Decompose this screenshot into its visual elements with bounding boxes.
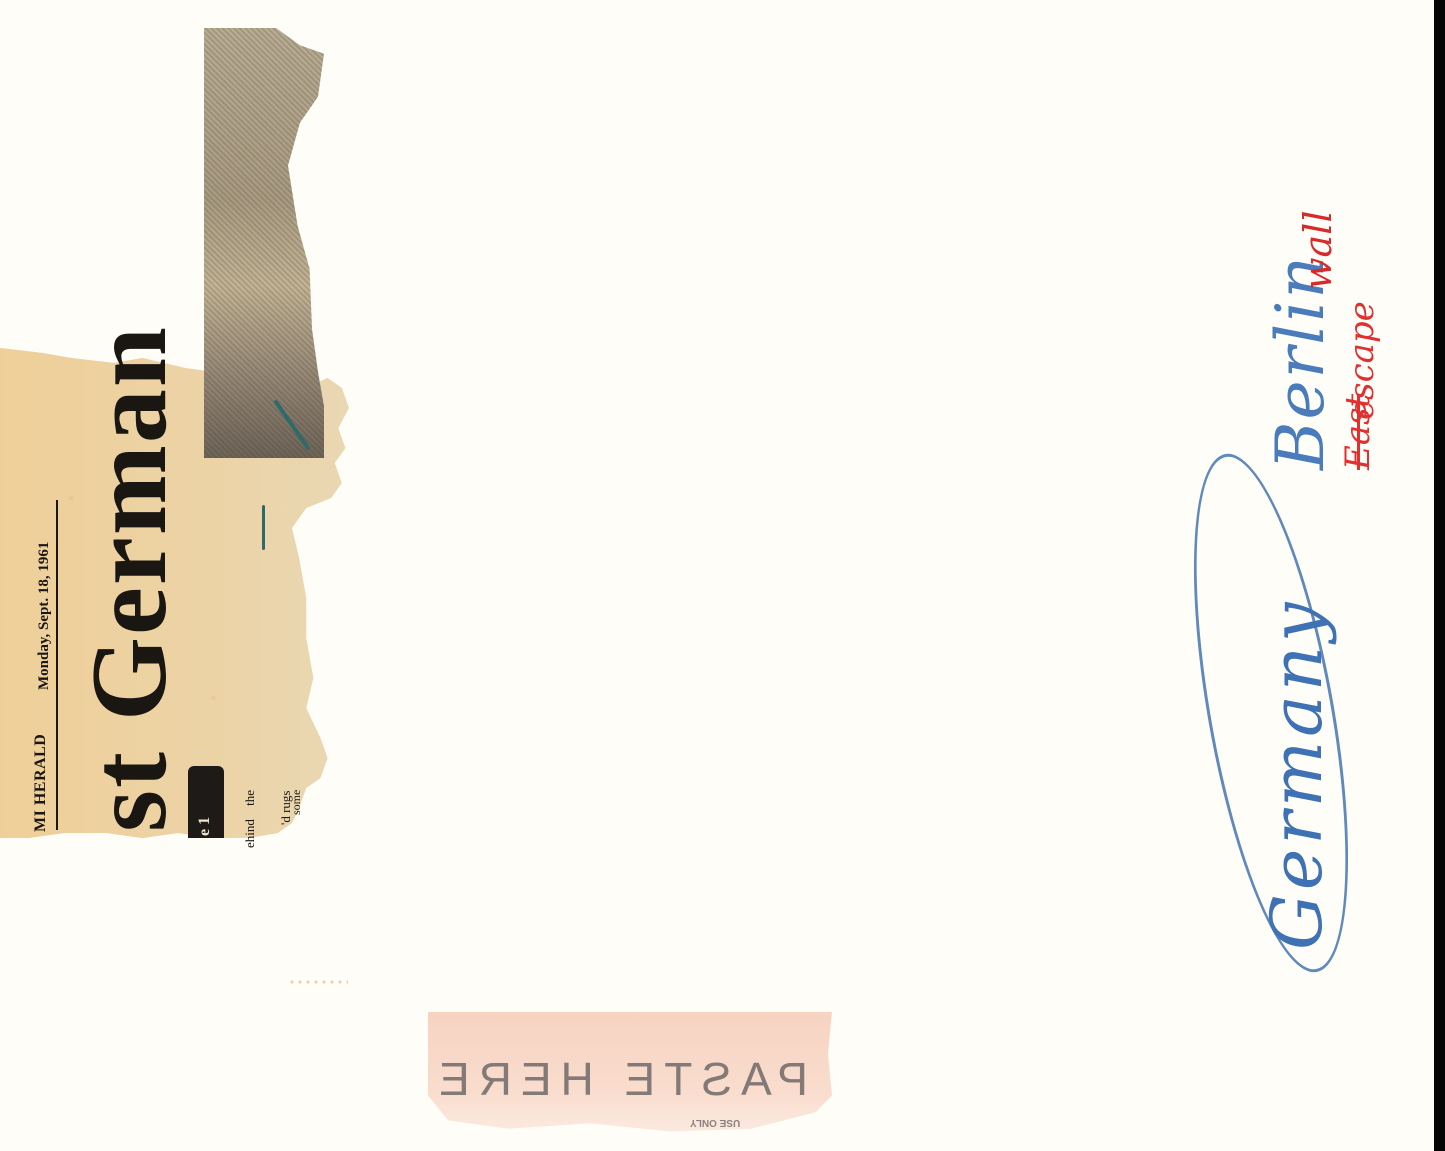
body-text: ehind the (242, 790, 258, 848)
handwritten-east-struck: East (1338, 394, 1378, 470)
jump-label: e 1 (196, 817, 214, 836)
masthead-rule (56, 500, 58, 830)
publication-date: Monday, Sept. 18, 1961 (36, 542, 53, 690)
paste-here-label: PASTE HERE (418, 1052, 808, 1106)
headline: st German (76, 325, 184, 832)
handwritten-germany: Germany (1256, 598, 1338, 950)
stamp-small-text: USE ONLY (690, 1117, 740, 1128)
body-text: some (289, 790, 304, 815)
ink-mark (262, 505, 265, 550)
scan-edge-border (1434, 0, 1445, 1151)
newspaper-masthead: MI HERALD (32, 734, 50, 832)
handwritten-wall: wall (1296, 211, 1340, 291)
stain-marks (288, 978, 348, 986)
